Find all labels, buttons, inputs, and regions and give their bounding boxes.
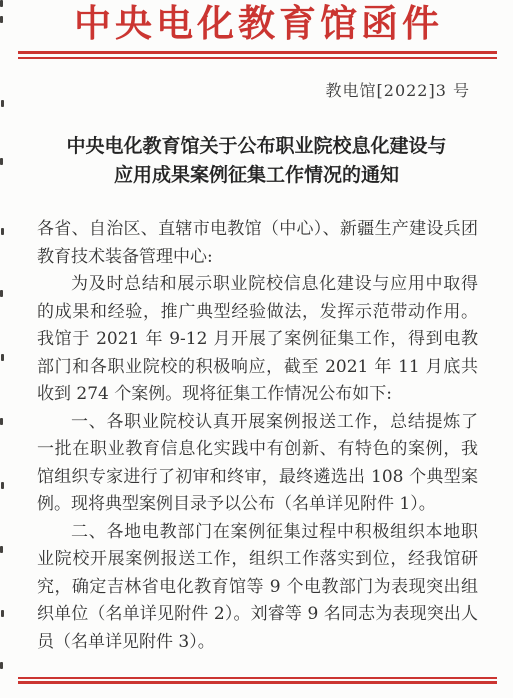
document-page: 中央电化教育馆函件 教电馆[2022]3 号 中央电化教育馆关于公布职业院校息化… [0,0,513,698]
body-paragraph-2: 一、各职业院校认真开展案例报送工作，总结提炼了一批在职业教育信息化实践中有创新、… [37,409,478,519]
body-paragraph-1: 为及时总结和展示职业院校信息化建设与应用中取得的成果和经验，推广典型经验做法，发… [37,271,478,409]
document-body: 各省、自治区、直辖市电教馆（中心）、新疆生产建设兵团教育技术装备管理中心: 为及… [37,216,478,656]
notice-title-line2: 应用成果案例征集工作情况的通知 [114,164,399,186]
body-paragraph-3: 二、各地电教部门在案例征集过程中积极组织本地职业院校开展案例报送工作，组织工作落… [37,519,478,657]
footer-separator-line [18,677,497,684]
notice-title-line1: 中央电化教育馆关于公布职业院校息化建设与 [66,135,446,157]
document-number: 教电馆[2022]3 号 [0,81,513,101]
header-separator-line [18,51,497,59]
salutation: 各省、自治区、直辖市电教馆（中心）、新疆生产建设兵团教育技术装备管理中心: [37,216,478,271]
notice-title: 中央电化教育馆关于公布职业院校息化建设与 应用成果案例征集工作情况的通知 [28,132,485,190]
masthead-title: 中央电化教育馆函件 [0,0,513,46]
